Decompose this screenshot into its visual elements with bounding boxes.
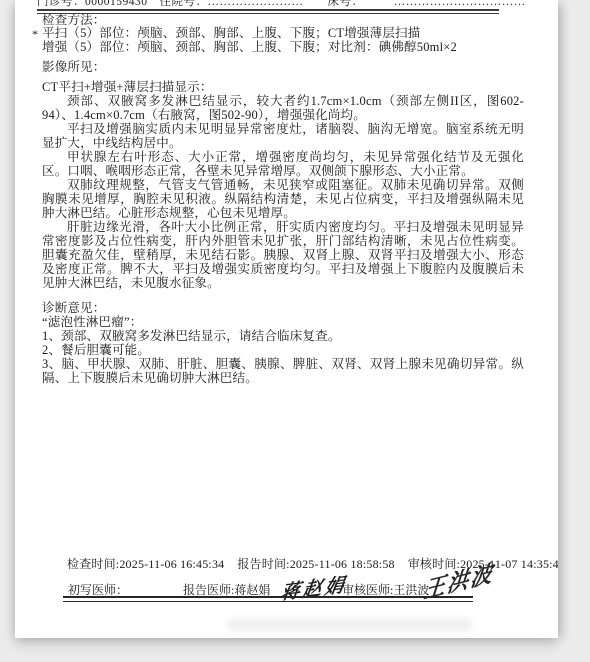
exam-time-value: 2025-11-06 16:45:34 xyxy=(119,557,224,571)
report-body: 检查方法： *平扫（5）部位：颅脑、颈部、胸部、上腹、下腹；CT增强薄层扫描 增… xyxy=(42,13,524,385)
finding-paragraph-brain: 平扫及增强脑实质内未见明显异常密度灶，诸脑裂、脑沟无增宽。脑室系统无明显扩大，中… xyxy=(42,122,524,150)
asterisk-marker: * xyxy=(32,28,38,42)
report-time-label: 报告时间: xyxy=(237,557,289,571)
findings-heading: 影像所见： xyxy=(42,60,524,74)
exam-enhance-line: 增强（5）部位：颅脑、颈部、胸部、上腹、下腹；对比剂：碘佛醇50ml×2 xyxy=(42,41,524,55)
faint-stamp-smudge xyxy=(227,618,472,631)
finding-paragraph-thyroid: 甲状腺左右叶形态、大小正常，增强密度尚均匀，未见异常强化结节及无强化区。口咽、喉… xyxy=(42,150,524,178)
report-time-value: 2025-11-06 18:58:58 xyxy=(290,557,395,571)
exam-scan-line: *平扫（5）部位：颅脑、颈部、胸部、上腹、下腹；CT增强薄层扫描 xyxy=(42,27,524,41)
diagnosis-item-3: 3、脑、甲状腺、双肺、肝脏、胆囊、胰腺、脾脏、双肾、双肾上腺未见确切异常。纵隔、… xyxy=(42,357,524,385)
diagnosis-item-2: 2、餐后胆囊可能。 xyxy=(42,343,524,357)
diagnosis-heading: 诊断意见： xyxy=(42,301,524,315)
exam-time: 检查时间:2025-11-06 16:45:34 xyxy=(67,557,224,571)
report-time: 报告时间:2025-11-06 18:58:58 xyxy=(237,557,394,571)
patient-header-clipped: 门诊号：0000159430 住院号：…………………… 床号： ……………………… xyxy=(37,0,544,9)
finding-paragraph-lymph: 颈部、双腋窝多发淋巴结显示，较大者约1.7cm×1.0cm（颈部左侧II区，图6… xyxy=(42,94,524,122)
diagnosis-subheading: “滤泡性淋巴瘤”： xyxy=(42,315,524,329)
exam-time-label: 检查时间: xyxy=(67,557,119,571)
exam-scan-text: 平扫（5）部位：颅脑、颈部、胸部、上腹、下腹；CT增强薄层扫描 xyxy=(42,26,420,40)
diagnosis-item-1: 1、颈部、双腋窝多发淋巴结显示，请结合临床复查。 xyxy=(42,329,524,343)
review-doctor-label: 审核医师: xyxy=(342,583,393,597)
finding-paragraph-abdomen: 肝脏边缘光滑，各叶大小比例正常，肝实质内密度均匀。平扫及增强未见明显异常密度影及… xyxy=(42,220,524,290)
exam-method-heading: 检查方法： xyxy=(42,13,524,27)
report-page: 门诊号：0000159430 住院号：…………………… 床号： ……………………… xyxy=(15,0,558,638)
report-doctor-label: 报告医师: xyxy=(183,583,234,597)
findings-intro: CT平扫+增强+薄层扫描显示： xyxy=(42,80,524,94)
bottom-divider xyxy=(63,596,473,602)
finding-paragraph-chest: 双肺纹理规整，气管支气管通畅，未见狭窄或阻塞征。双肺未见确切异常。双侧胸膜未见增… xyxy=(42,178,524,220)
report-doctor-name: 蒋赵娟 xyxy=(234,583,270,597)
